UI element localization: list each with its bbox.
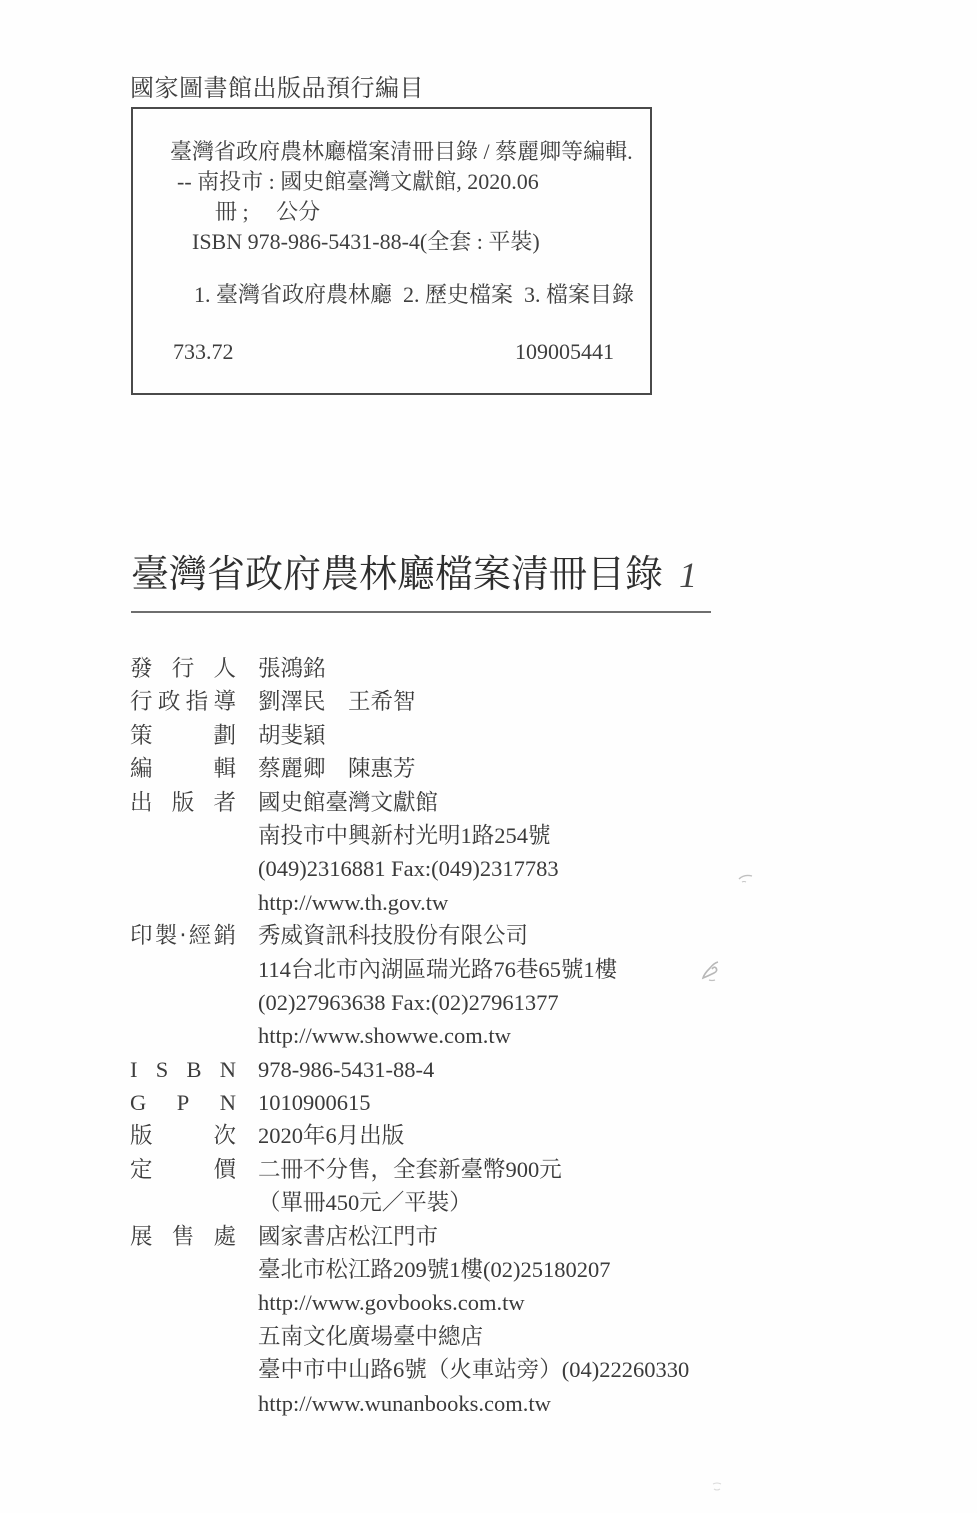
colophon-row-value: 蔡麗卿 陳惠芳 (258, 752, 416, 785)
cip-title-line: 臺灣省政府農林廳檔案清冊目錄 / 蔡麗卿等編輯. (170, 137, 650, 167)
cip-imprint-line: -- 南投市 : 國史館臺灣文獻館, 2020.06 (177, 167, 650, 197)
cip-header-label: 國家圖書館出版品預行編目 (130, 68, 424, 103)
page-title: 臺灣省政府農林廳檔案清冊目錄1 (131, 543, 697, 598)
colophon-row-value: 國家書店松江門市 (258, 1220, 438, 1253)
colophon-info-list: 發行人張鴻銘行政指導劉澤民 王希智策劃胡斐穎編輯蔡麗卿 陳惠芳出版者國史館臺灣文… (130, 652, 850, 1420)
colophon-row: http://www.th.gov.tw (130, 886, 850, 919)
colophon-row-label: GPN (130, 1086, 236, 1119)
colophon-row: http://www.govbooks.com.tw (130, 1286, 850, 1319)
colophon-row-value: (02)27963638 Fax:(02)27961377 (258, 986, 559, 1019)
colophon-row-value: 國史館臺灣文獻館 (258, 786, 438, 819)
colophon-row: 展售處國家書店松江門市 (130, 1220, 850, 1253)
colophon-row: 定價二冊不分售，全套新臺幣900元 (130, 1153, 850, 1186)
colophon-row-value: (049)2316881 Fax:(049)2317783 (258, 852, 559, 885)
colophon-row: 版次2020年6月出版 (130, 1119, 850, 1152)
colophon-row-url: http://www.govbooks.com.tw (258, 1286, 525, 1319)
colophon-row-label: 行政指導 (130, 685, 236, 718)
colophon-row-value: 二冊不分售，全套新臺幣900元 (258, 1153, 562, 1186)
colophon-row-value: 1010900615 (258, 1086, 371, 1119)
colophon-row-value: 2020年6月出版 (258, 1119, 404, 1152)
colophon-row: http://www.showwe.com.tw (130, 1019, 850, 1052)
colophon-row: 行政指導劉澤民 王希智 (130, 685, 850, 718)
colophon-row-label: 發行人 (130, 652, 236, 685)
colophon-row-value: 臺中市中山路6號（火車站旁）(04)22260330 (258, 1353, 689, 1386)
colophon-row-value: 劉澤民 王希智 (258, 685, 416, 718)
cip-isbn-line: ISBN 978-986-5431-88-4(全套 : 平裝) (192, 227, 650, 257)
cip-box: 臺灣省政府農林廳檔案清冊目錄 / 蔡麗卿等編輯. -- 南投市 : 國史館臺灣文… (131, 107, 652, 395)
colophon-row-label: ISBN (130, 1053, 236, 1086)
colophon-row-value: 臺北市松江路209號1樓(02)25180207 (258, 1253, 611, 1286)
colophon-row-label: 出版者 (130, 786, 236, 819)
scan-artifact (700, 958, 724, 984)
colophon-row-label: 編輯 (130, 752, 236, 785)
colophon-row-label: 印製‧經銷 (130, 919, 236, 952)
colophon-row: 發行人張鴻銘 (130, 652, 850, 685)
colophon-row-value: 五南文化廣場臺中總店 (258, 1320, 483, 1353)
cip-collation-line: 冊 ; 公分 (215, 197, 650, 227)
colophon-row-label: 版次 (130, 1119, 236, 1152)
colophon-row-url: http://www.wunanbooks.com.tw (258, 1387, 551, 1420)
colophon-row-label: 展售處 (130, 1220, 236, 1253)
colophon-row-label: 策劃 (130, 719, 236, 752)
scan-artifact (710, 1480, 724, 1494)
colophon-row: 臺中市中山路6號（火車站旁）(04)22260330 (130, 1353, 850, 1386)
title-divider (131, 611, 711, 613)
colophon-row: (02)27963638 Fax:(02)27961377 (130, 986, 850, 1019)
colophon-row-value: 胡斐穎 (258, 719, 326, 752)
colophon-row: 策劃胡斐穎 (130, 719, 850, 752)
colophon-row: 出版者國史館臺灣文獻館 (130, 786, 850, 819)
colophon-row: 印製‧經銷秀威資訊科技股份有限公司 (130, 919, 850, 952)
colophon-row: （單冊450元／平裝） (130, 1186, 850, 1219)
page-title-text: 臺灣省政府農林廳檔案清冊目錄 (131, 554, 663, 596)
colophon-row-value: 張鴻銘 (258, 652, 326, 685)
colophon-row-value: 秀威資訊科技股份有限公司 (258, 919, 528, 952)
colophon-row-value: 南投市中興新村光明1路254號 (258, 819, 551, 852)
scan-artifact (737, 872, 755, 886)
colophon-row-value: 978-986-5431-88-4 (258, 1053, 434, 1086)
cip-subjects-line: 1. 臺灣省政府農林廳 2. 歷史檔案 3. 檔案目錄 (194, 280, 650, 310)
colophon-page: 國家圖書館出版品預行編目 臺灣省政府農林廳檔案清冊目錄 / 蔡麗卿等編輯. --… (0, 0, 977, 1513)
colophon-row: 五南文化廣場臺中總店 (130, 1320, 850, 1353)
colophon-row-label: 定價 (130, 1153, 236, 1186)
cip-record-number: 109005441 (515, 337, 614, 367)
colophon-row-url: http://www.showwe.com.tw (258, 1019, 511, 1052)
colophon-row: ISBN978-986-5431-88-4 (130, 1053, 850, 1086)
colophon-row: GPN1010900615 (130, 1086, 850, 1119)
colophon-row-value: 114台北市內湖區瑞光路76巷65號1樓 (258, 953, 617, 986)
colophon-row-url: http://www.th.gov.tw (258, 886, 448, 919)
cip-class-number: 733.72 (173, 337, 234, 367)
colophon-row-value: （單冊450元／平裝） (258, 1186, 472, 1219)
page-title-volume: 1 (679, 555, 697, 595)
cip-bottom-row: 733.72 109005441 (133, 337, 650, 367)
colophon-row: 114台北市內湖區瑞光路76巷65號1樓 (130, 953, 850, 986)
colophon-row: 南投市中興新村光明1路254號 (130, 819, 850, 852)
colophon-row: http://www.wunanbooks.com.tw (130, 1387, 850, 1420)
colophon-row: 編輯蔡麗卿 陳惠芳 (130, 752, 850, 785)
colophon-row: 臺北市松江路209號1樓(02)25180207 (130, 1253, 850, 1286)
